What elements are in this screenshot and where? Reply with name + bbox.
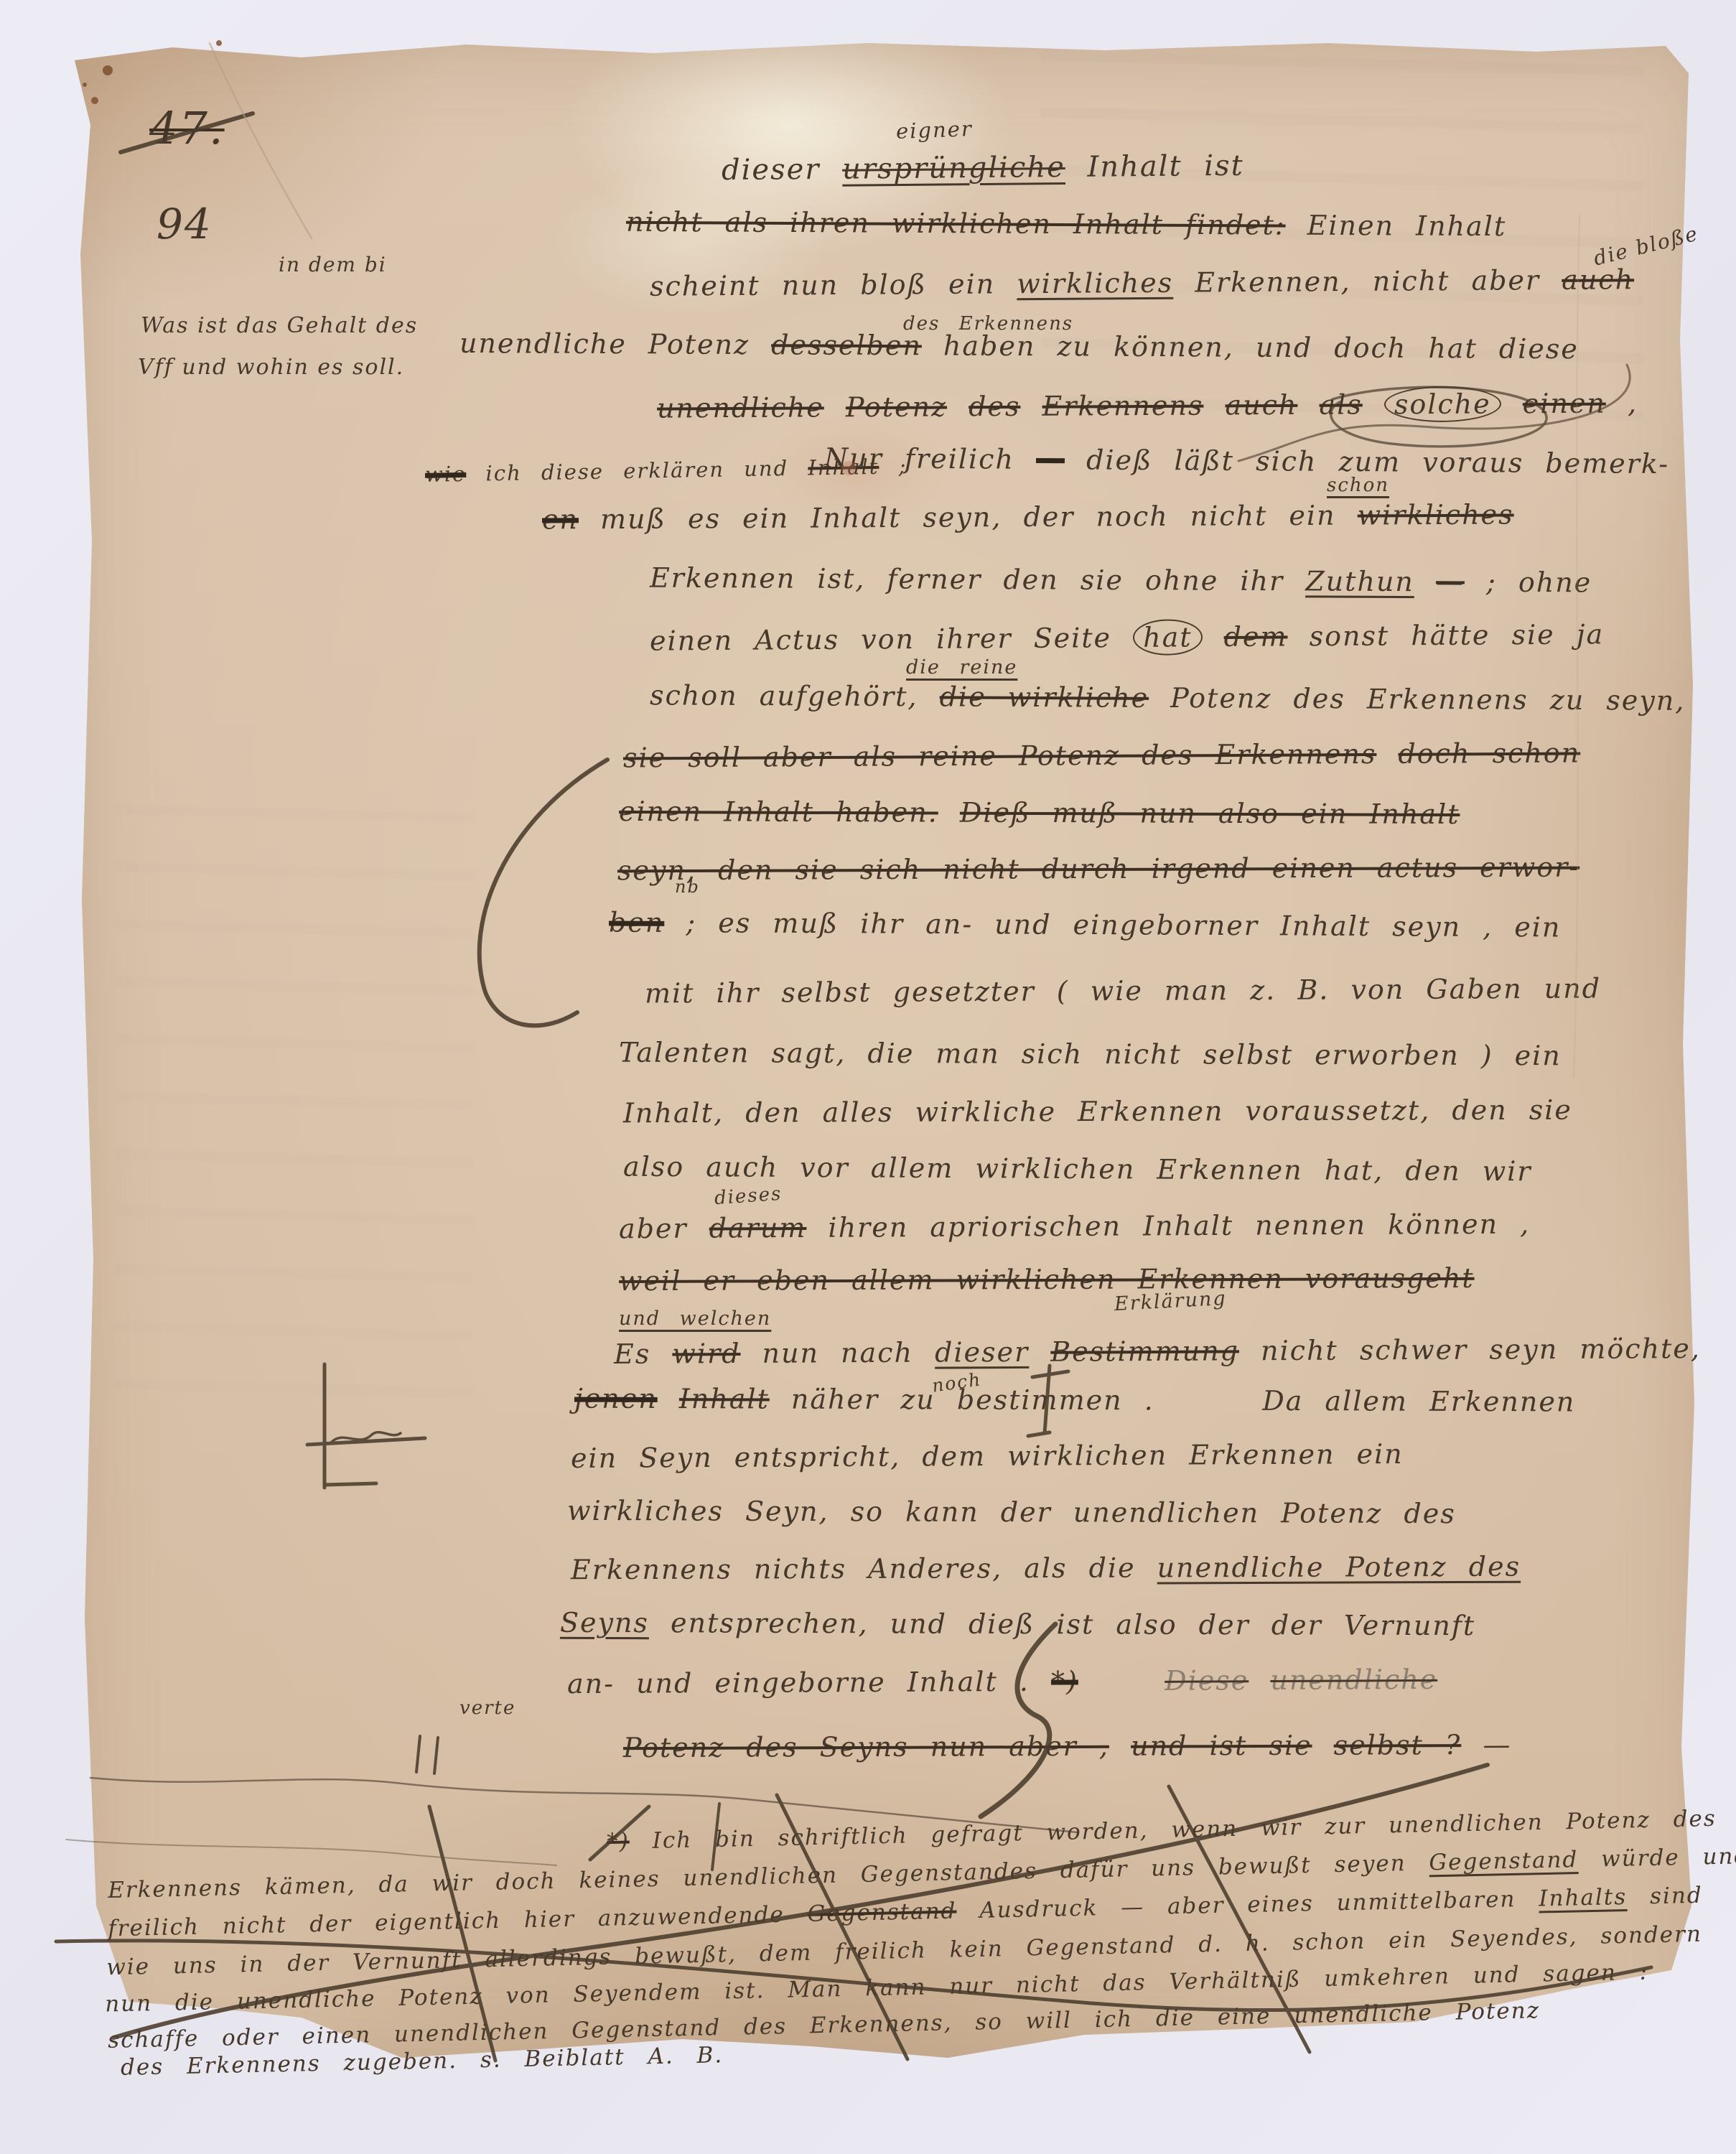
text-segment-p: einen Actus von ihrer Seite xyxy=(650,622,1111,656)
text-segment-p: nun nach xyxy=(762,1337,913,1369)
manuscript-line: en muß es ein Inhalt seyn, der noch nich… xyxy=(542,500,1514,535)
heading-line: dieser ursprüngliche Inhalt ist xyxy=(722,150,1244,186)
text-segment-pc: Diese xyxy=(1165,1664,1249,1697)
manuscript-line-struck: sie soll aber als reine Potenz des Erken… xyxy=(623,739,1580,774)
text-segment-p: — xyxy=(1483,1729,1511,1761)
text-segment-u: und welchen xyxy=(619,1307,771,1330)
manuscript-line: aber darum ihren apriorischen Inhalt nen… xyxy=(619,1210,1530,1244)
manuscript-line: also auch vor allem wirklichen Erkennen … xyxy=(623,1152,1532,1187)
text-segment-st: auch xyxy=(1225,389,1297,421)
text-segment-p: mit ihr selbst gesetzter ( wie man z. B.… xyxy=(645,973,1601,1010)
manuscript-line-struck: Potenz des Seyns nun aber , und ist sie … xyxy=(623,1730,1512,1763)
text-segment-st: desselben xyxy=(771,329,922,361)
text-segment-p xyxy=(1176,1384,1241,1416)
text-segment-st: *) xyxy=(607,1829,630,1855)
text-segment-u: wirkliches xyxy=(1017,267,1173,300)
text-segment-p: nicht schwer seyn möchte, xyxy=(1261,1333,1701,1366)
manuscript-line: ein Seyn entspricht, dem wirklichen Erke… xyxy=(571,1440,1404,1474)
text-segment-u: dieser xyxy=(935,1336,1029,1369)
manuscript-line: Inhalt, den alles wirkliche Erkennen vor… xyxy=(623,1096,1572,1129)
text-segment-p: Nur freilich xyxy=(824,442,1014,475)
text-segment-p xyxy=(1100,1665,1143,1697)
text-segment-st: selbst ? xyxy=(1334,1729,1462,1761)
text-segment-u: Gegenstand xyxy=(1429,1847,1579,1875)
manuscript-line: nicht als ihren wirklichen Inhalt findet… xyxy=(626,208,1506,242)
text-segment-st: auch xyxy=(1562,264,1634,296)
text-segment-st: einen xyxy=(1523,388,1606,420)
text-segment-p: Einen Inhalt xyxy=(1307,210,1507,242)
manuscript-line: mit ihr selbst gesetzter ( wie man z. B.… xyxy=(645,974,1601,1010)
text-segment-p: ; es muß ihr an- und eingeborner Inhalt … xyxy=(686,907,1561,943)
text-segment-p: Erkennen, nicht aber xyxy=(1195,264,1540,298)
text-segment-p: aber xyxy=(619,1213,688,1245)
text-segment-st: als xyxy=(1319,388,1363,420)
text-segment-u: Zuthun xyxy=(1305,565,1414,597)
text-segment-p: unendliche Potenz xyxy=(459,327,750,360)
text-segment-st: Potenz xyxy=(846,391,947,423)
verte-note: verte xyxy=(459,1697,515,1719)
text-segment-p: an- und eingeborne Inhalt . xyxy=(567,1666,1030,1700)
manuscript-line: Talenten sagt, die man sich nicht selbst… xyxy=(619,1038,1562,1071)
insertion-schon: schon xyxy=(1327,475,1389,496)
manuscript-line: unendliche Potenz des Erkennens auch als… xyxy=(657,388,1638,424)
text-segment-st: — xyxy=(1436,566,1465,597)
text-segment-p: ein Seyn entspricht, dem wirklichen Erke… xyxy=(571,1438,1404,1474)
text-segment-st: sie soll aber als reine Potenz des Erken… xyxy=(623,738,1377,773)
manuscript-line: jenen Inhalt näher zu bestimmen . Da all… xyxy=(574,1384,1575,1418)
text-segment-c: solche xyxy=(1384,386,1501,422)
manuscript-line-struck: einen Inhalt haben. Dieß muß nun also ei… xyxy=(619,797,1460,830)
insertion-die-reine: die reine xyxy=(906,657,1017,679)
text-segment-p: scheint nun bloß ein xyxy=(650,268,995,302)
manuscript-line: Es wird nun nach dieser Bestimmung nicht… xyxy=(614,1334,1701,1370)
text-segment-st: Inhalt xyxy=(679,1383,770,1414)
text-segment-p: würde und xyxy=(1601,1843,1736,1872)
margin-question-line1: Was ist das Gehalt des xyxy=(141,313,418,338)
text-segment-p: Inhalt ist xyxy=(1087,149,1244,184)
text-segment-st: dem xyxy=(1223,620,1287,653)
text-segment-p: Es xyxy=(614,1338,650,1370)
text-segment-st: des xyxy=(969,391,1021,422)
manuscript-line-struck: seyn, den sie sich nicht durch irgend ei… xyxy=(617,853,1579,886)
text-segment-st: weil er eben allem wirklichen Erkennen v… xyxy=(619,1262,1475,1297)
text-segment-p: entsprechen, und dieß ist also der der V… xyxy=(671,1607,1475,1641)
insertion-dieses: dieses xyxy=(714,1184,783,1209)
text-segment-st: Potenz des Seyns nun aber , xyxy=(623,1730,1109,1763)
text-segment-sth: wie xyxy=(425,462,467,487)
text-segment-p: dieser xyxy=(722,153,821,187)
text-segment-st: die wirkliche xyxy=(940,681,1149,714)
text-segment-u: Inhalts xyxy=(1539,1884,1628,1912)
text-segment-p: , xyxy=(1628,387,1638,419)
margin-question-line2: Vff und wohin es soll. xyxy=(138,355,404,380)
text-segment-c: hat xyxy=(1133,619,1203,656)
manuscript-line: Erkennen ist, ferner den sie ohne ihr Zu… xyxy=(650,564,1592,599)
text-segment-u: die reine xyxy=(906,656,1017,679)
text-segment-p: näher zu bestimmen . xyxy=(791,1384,1154,1417)
text-segment-u: Seyns xyxy=(560,1607,649,1638)
text-segment-p: Talenten sagt, die man sich nicht selbst… xyxy=(619,1037,1562,1072)
text-segment-u: unendliche Potenz des xyxy=(1157,1551,1521,1584)
text-segment-p: ihren apriorischen Inhalt nennen können … xyxy=(828,1208,1530,1244)
text-segment-st: nicht als ihren wirklichen Inhalt findet… xyxy=(626,206,1286,241)
insertion-und-welchen: und welchen xyxy=(619,1308,771,1330)
text-segment-sth: — xyxy=(1036,444,1065,475)
text-segment-st: Erkennens xyxy=(1042,390,1203,422)
text-segment-st: und ist sie xyxy=(1131,1730,1312,1762)
manuscript-line-struck: weil er eben allem wirklichen Erkennen v… xyxy=(619,1264,1475,1297)
text-segment-p: sonst hätte sie ja xyxy=(1309,618,1604,652)
text-segment-st: seyn, den sie sich nicht durch irgend ei… xyxy=(617,852,1579,887)
text-segment-sth: *) xyxy=(1051,1665,1078,1697)
scanned-manuscript-page: { "document": { "kind": "handwritten man… xyxy=(0,0,1736,2154)
text-segment-st: einen Inhalt haben. xyxy=(619,796,938,829)
text-segment-p: eigner xyxy=(895,116,973,144)
text-segment-st: darum xyxy=(709,1212,807,1244)
text-segment-p: also auch vor allem wirklichen Erkennen … xyxy=(623,1151,1532,1188)
text-segment-p: Inhalt, den alles wirkliche Erkennen vor… xyxy=(623,1094,1572,1129)
page-number-old: 47. xyxy=(149,102,225,154)
text-segment-p: Potenz des Erkennens zu seyn, xyxy=(1170,682,1685,717)
text-segment-pc: unendliche xyxy=(1270,1664,1437,1696)
manuscript-line: schon aufgehört, die wirkliche Potenz de… xyxy=(650,681,1686,716)
text-segment-sth: en xyxy=(542,503,579,535)
text-segment-st: Gegenstand xyxy=(807,1898,957,1927)
manuscript-line: Nur freilich — dieß läßt sich zum voraus… xyxy=(824,444,1669,480)
text-segment-st: unendliche xyxy=(657,391,824,424)
text-segment-p: sind xyxy=(1650,1883,1703,1910)
text-segment-p: Potenz des xyxy=(1566,1806,1717,1834)
manuscript-line: Seyns entsprechen, und dieß ist also der… xyxy=(560,1608,1475,1641)
text-segment-stu: ursprüngliche xyxy=(842,151,1065,186)
text-segment-sth: jenen xyxy=(574,1383,658,1414)
text-segment-p: Erkennens nichts Anderes, als die xyxy=(571,1552,1136,1586)
page-number-new: 94 xyxy=(157,200,213,248)
text-segment-p: Erkennen ist, ferner den sie ohne ihr xyxy=(650,562,1284,597)
insertion-nb: nb xyxy=(675,877,700,896)
text-segment-p: schon aufgehört, xyxy=(650,679,918,712)
text-segment-p: Da allem Erkennen xyxy=(1262,1385,1575,1418)
manuscript-line: an- und eingeborne Inhalt . *) Diese une… xyxy=(567,1665,1437,1700)
text-segment-sth: ben xyxy=(609,907,665,938)
manuscript-line: wirkliches Seyn, so kann der unendlichen… xyxy=(567,1496,1456,1529)
text-segment-u: schon xyxy=(1327,475,1389,496)
insertion-eigner: eigner xyxy=(895,118,973,144)
text-segment-p: nb xyxy=(675,877,700,897)
manuscript-line: ben ; es muß ihr an- und eingeborner Inh… xyxy=(609,908,1562,943)
manuscript-line: Erkennens nichts Anderes, als die unendl… xyxy=(571,1552,1521,1585)
struck-page-number: 47. xyxy=(149,102,225,154)
text-segment-p: haben zu können, und doch hat diese xyxy=(943,330,1579,365)
manuscript-line: unendliche Potenz desselben haben zu kön… xyxy=(459,329,1579,365)
text-segment-p: ; ohne xyxy=(1486,567,1592,599)
text-segment-st: wirkliches xyxy=(1358,498,1514,531)
text-segment-p: muß es ein Inhalt seyn, der noch nicht e… xyxy=(600,500,1336,535)
text-segment-st: doch schon xyxy=(1398,737,1580,770)
text-segment-st: Bestimmung xyxy=(1050,1335,1239,1367)
text-segment-st: wird xyxy=(672,1338,740,1369)
text-segment-st: Dieß muß nun also ein Inhalt xyxy=(960,797,1460,830)
text-segment-p: wirkliches Seyn, so kann der unendlichen… xyxy=(567,1495,1456,1529)
margin-note-top: in dem bi xyxy=(279,253,387,276)
